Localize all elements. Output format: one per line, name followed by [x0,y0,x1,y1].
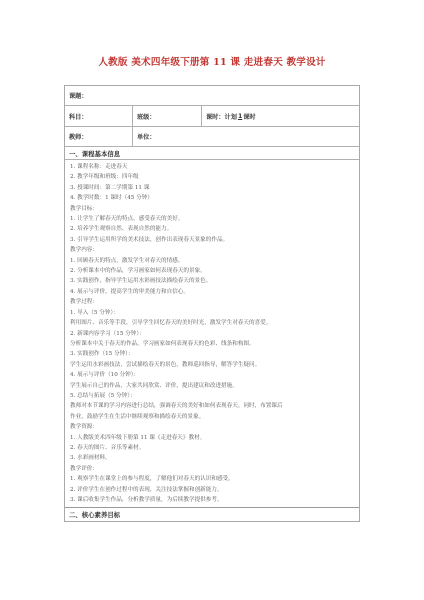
content-line: 3. 水彩画材料。 [70,453,354,463]
unit-label: 单位： [132,127,359,146]
content-line: 教学评价： [70,464,354,474]
content-line: 1. 人教版美术四年级下册第 11 课《走进春天》教材。 [70,433,354,443]
content-line: 1. 导入（5 分钟）： [70,308,354,318]
section-basic-info-content: 1. 课程名称：走进春天2. 教学年级和班级：四年级3. 授课时间：第二学期第 … [65,160,359,508]
content-line: 分析课本中关于春天的作品，学习画家如何表现春天的色彩、线条和构图。 [70,339,354,349]
content-line: 2. 分析课本中的作品，学习画家如何表现春天的景象。 [70,266,354,276]
teacher-row: 教师： 单位： [65,127,359,147]
teacher-label: 教师： [65,127,132,146]
content-line: 教学目标： [70,204,354,214]
subject-label: 科目： [65,106,132,126]
content-line: 2. 新课内容学习（15 分钟）： [70,329,354,339]
content-line: 3. 实践创作，指导学生运用水彩画技法描绘春天的景色。 [70,276,354,286]
content-line: 2. 评价学生在创作过程中的表现，关注技法掌握和创新能力。 [70,485,354,495]
hours-cell: 课时：计划 1 课时 [201,106,359,126]
hours-prefix: 课时：计划 [206,112,237,121]
content-line: 3. 实践创作（15 分钟）： [70,349,354,359]
content-line: 2. 教学年级和班级：四年级 [70,172,354,182]
topic-row: 课题： [65,86,359,106]
content-line: 利用图片、音乐等手段，引导学生回忆春天的美好时光，激发学生对春天的喜爱。 [70,318,354,328]
content-line: 2. 培养学生观察自然、表现自然的能力。 [70,224,354,234]
content-line: 1. 让学生了解春天的特点，感受春天的美好。 [70,214,354,224]
content-line: 3. 引导学生运用所学的美术技法，创作出表现春天景象的作品。 [70,235,354,245]
content-line: 4. 展示与评价（10 分钟）： [70,370,354,380]
subject-row: 科目： 班级： 课时：计划 1 课时 [65,106,359,127]
content-line: 3. 授课时间：第二学期第 11 课 [70,183,354,193]
content-line: 教学内容： [70,245,354,255]
hours-suffix: 课时 [243,112,255,121]
section-core-literacy-heading: 二、核心素养目标 [65,508,359,521]
content-line: 2. 春天的图片、音乐等素材。 [70,443,354,453]
content-line: 1. 观察学生在课堂上的参与程度，了解他们对春天的认识和感受。 [70,474,354,484]
content-line: 3. 课后收集学生作品，分析教学质量，为后续教学提供参考。 [70,495,354,505]
content-line: 5. 总结与拓展（5 分钟）： [70,391,354,401]
document-title: 人教版 美术四年级下册第 11 课 走进春天 教学设计 [0,54,424,68]
content-line: 作业，鼓励学生在生活中继续观察和描绘春天的景象。 [70,412,354,422]
content-line: 学生展示自己的作品，大家共同欣赏、评价，提出建议和改进措施。 [70,381,354,391]
lesson-plan-table: 课题： 科目： 班级： 课时：计划 1 课时 教师： 单位： 一、课程基本信息 … [64,85,360,522]
class-label: 班级： [132,106,201,126]
content-line: 4. 展示与评价，提高学生的审美能力和自信心。 [70,287,354,297]
content-line: 教学资源： [70,422,354,432]
topic-label: 课题： [65,86,359,105]
content-line: 1. 课程名称：走进春天 [70,162,354,172]
content-line: 教师对本节课的学习内容进行总结，强调春天的美好和如何表现春天。同时，布置课后 [70,401,354,411]
content-line: 教学过程： [70,297,354,307]
section-basic-info-heading: 一、课程基本信息 [65,147,359,160]
content-line: 学生运用水彩画技法，尝试描绘春天的景色，教师巡回指导，解答学生疑问。 [70,360,354,370]
content-line: 4. 教学时数：1 课时（45 分钟） [70,193,354,203]
hours-value: 1 [238,113,242,120]
content-line: 1. 回顾春天的特点，激发学生对春天的情感。 [70,256,354,266]
